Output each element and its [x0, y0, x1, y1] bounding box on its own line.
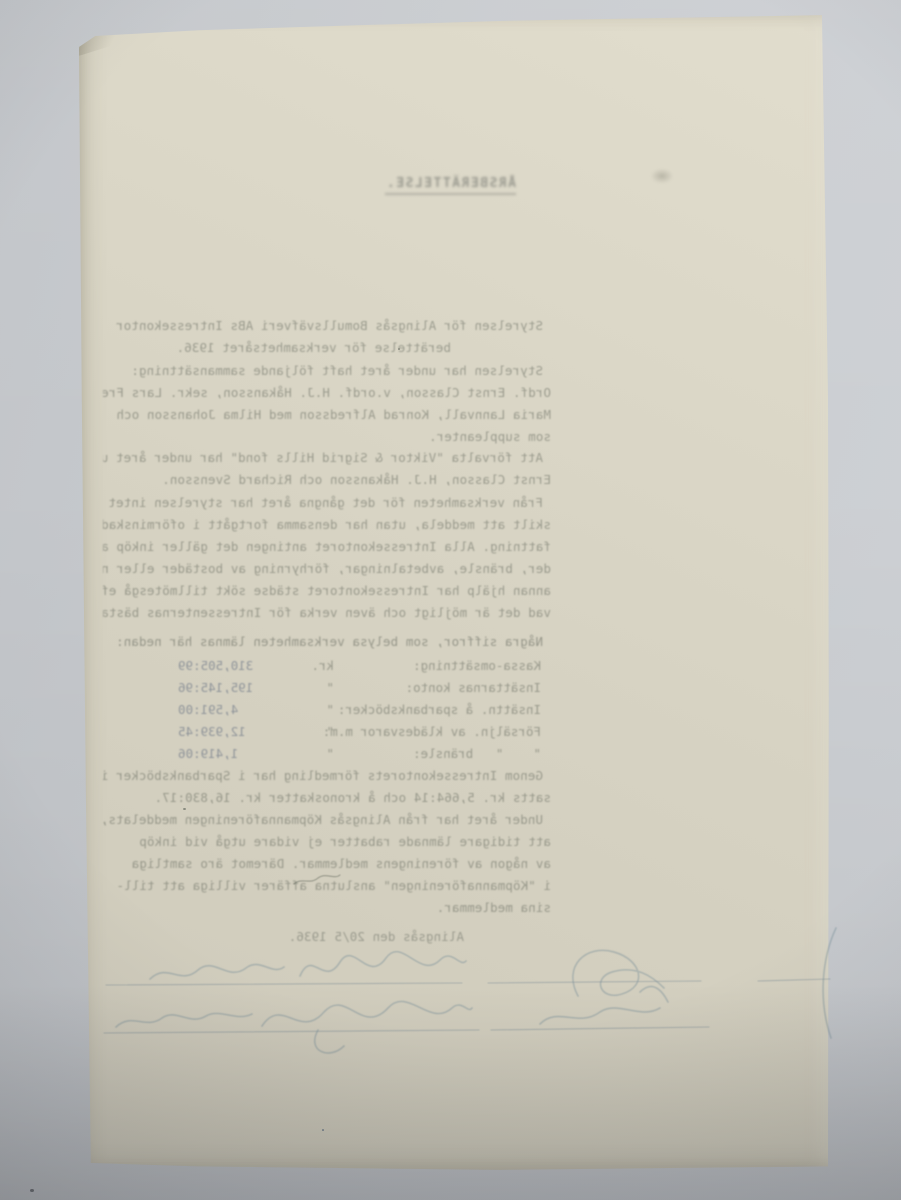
signature-rule-line: [488, 981, 701, 983]
handwritten-insertion: [294, 875, 340, 884]
signature-stroke: [823, 928, 836, 1038]
signature-rule-line: [106, 983, 462, 985]
signature-stroke: [262, 1001, 472, 1026]
signature-stroke: [300, 952, 466, 976]
signature-rule-line: [758, 979, 830, 981]
signature-stroke: [116, 1013, 252, 1027]
signature-stroke: [315, 1030, 344, 1053]
showthrough-signatures: [0, 0, 901, 1200]
signature-rule-line: [104, 1030, 479, 1033]
signature-stroke: [150, 964, 284, 979]
signature-stroke: [540, 1008, 660, 1024]
signature-stroke: [573, 950, 664, 996]
paper-speck: [398, 348, 400, 350]
paper-speck: [322, 1129, 324, 1131]
signature-rule-line: [491, 1027, 709, 1030]
photograph-background: ÅRSBERÄTTELSE.Styrelsen för Alingsås Bom…: [0, 0, 901, 1200]
